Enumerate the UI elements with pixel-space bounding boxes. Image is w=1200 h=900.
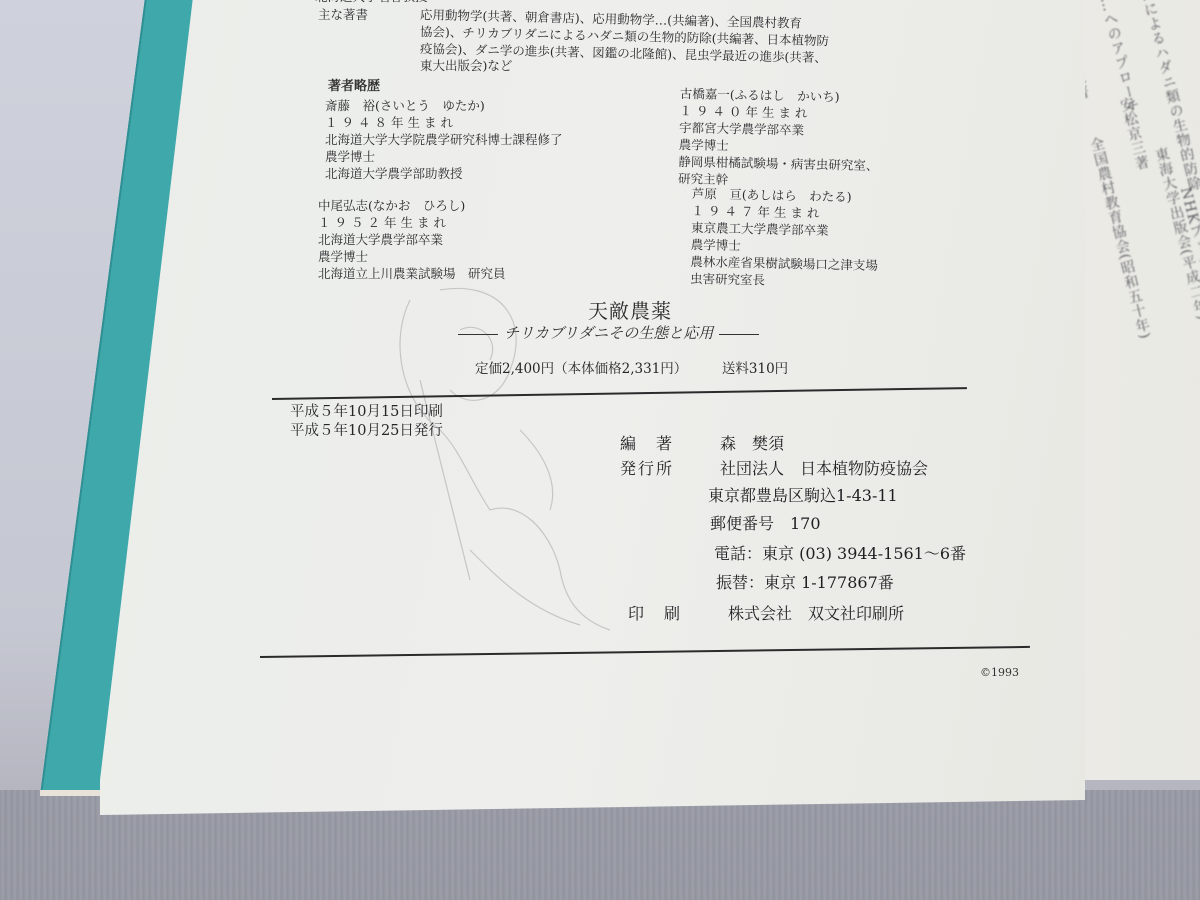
author-line: 北海道大学農学部卒業 xyxy=(318,231,506,248)
authors-heading: 著者略歴 xyxy=(328,75,380,94)
author-name: 斎藤 裕(さいとう ゆたか) xyxy=(325,97,563,114)
editor-label: 編 著 xyxy=(620,431,720,454)
author-entry: 中尾弘志(なかお ひろし) １９５２年生まれ 北海道大学農学部卒業 農学博士 北… xyxy=(318,197,506,282)
vertical-text-column: 安松京三著 xyxy=(1115,95,1153,173)
page-block-edge xyxy=(40,790,100,796)
editor-row: 編 著森 樊須 xyxy=(620,431,784,454)
printer-row: 印 刷株式会社 双文社印刷所 xyxy=(628,601,904,624)
author-entry: 斎藤 裕(さいとう ゆたか) １９４８年生まれ 北海道大学大学院農学研究科博士課… xyxy=(325,97,563,182)
author-entry: 芦原 亘(あしはら わたる) １９４７年生まれ 東京農工大学農学部卒業 農学博士… xyxy=(690,185,880,291)
address: 東京都豊島区駒込1-43-11 xyxy=(708,483,898,506)
editor-name: 森 樊須 xyxy=(720,434,784,453)
publisher-label: 発行所 xyxy=(620,456,720,479)
colophon-page: 北海道大学名誉教授 主な著書 応用動物学(共著、朝倉書店)、応用動物学…(共編著… xyxy=(100,0,1085,815)
subtitle-text: チリカブリダニその生態と応用 xyxy=(504,324,713,342)
shipping-fee: 送料310円 xyxy=(722,361,788,377)
publisher-row: 発行所社団法人 日本植物防疫協会 xyxy=(620,456,928,479)
works-line: 東大出版会)など xyxy=(420,57,512,74)
author-line: 北海道大学農学部助教授 xyxy=(325,165,563,182)
postal-code: 郵便番号 170 xyxy=(710,511,821,534)
copyright-mark: ©1993 xyxy=(980,666,1019,679)
price-line: 定価2,400円（本体価格2,331円） 送料310円 xyxy=(475,357,788,377)
editor-title-line: 北海道大学名誉教授 xyxy=(315,0,428,5)
printer-name: 株式会社 双文社印刷所 xyxy=(728,604,904,623)
author-line: 北海道立上川農業試験場 研究員 xyxy=(318,265,506,282)
printer-label: 印 刷 xyxy=(628,601,728,624)
print-dates: 平成５年10月15日印刷 平成５年10月25日発行 xyxy=(290,403,443,441)
bottom-divider-rule xyxy=(260,646,1030,658)
price: 定価2,400円（本体価格2,331円） xyxy=(475,361,687,377)
author-name: 中尾弘志(なかお ひろし) xyxy=(318,197,506,214)
author-line: １９４８年生まれ xyxy=(325,114,563,131)
author-line: 北海道大学大学院農学研究科博士課程修了 xyxy=(325,131,563,148)
printed-date: 平成５年10月15日印刷 xyxy=(290,403,443,422)
publisher-name: 社団法人 日本植物防疫協会 xyxy=(720,459,928,478)
author-line: １９５２年生まれ xyxy=(318,214,506,231)
book-title: 天敵農薬 xyxy=(588,295,672,324)
book-subtitle: チリカブリダニその生態と応用 xyxy=(458,322,759,343)
author-line: 農学博士 xyxy=(325,148,563,165)
phone-number: 電話：東京 (03) 3944-1561～6番 xyxy=(714,541,966,564)
works-label: 主な著書 xyxy=(318,6,368,23)
author-line: 農学博士 xyxy=(318,248,506,265)
published-date: 平成５年10月25日発行 xyxy=(290,422,443,441)
transfer-account: 振替：東京 1-177867番 xyxy=(716,570,894,593)
author-entry: 古橋嘉一(ふるはし かいち) １９４０年生まれ 宇都宮大学農学部卒業 農学博士 … xyxy=(678,85,880,191)
